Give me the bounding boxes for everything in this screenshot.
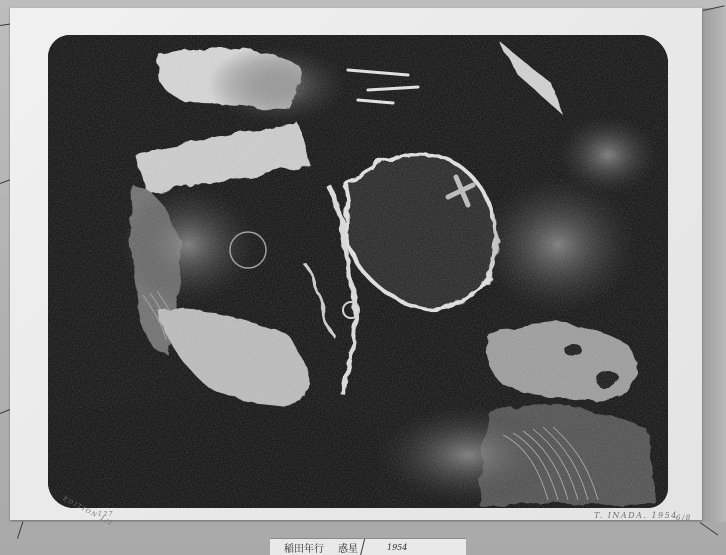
catalog-label: 稲田年行 惑星 1954 — [270, 538, 466, 555]
edition-number: 127 — [98, 511, 114, 518]
lithograph-image — [48, 35, 668, 508]
label-title: 惑星 — [324, 540, 358, 555]
mount-board-edge — [702, 8, 726, 522]
label-artist: 稲田年行 — [270, 540, 324, 555]
artist-signature: T. INADA. 1954 — [594, 511, 678, 520]
edition-mark-right: 6/8 — [676, 514, 692, 522]
label-year: 1954 — [363, 543, 407, 552]
abstract-composition — [48, 35, 668, 508]
